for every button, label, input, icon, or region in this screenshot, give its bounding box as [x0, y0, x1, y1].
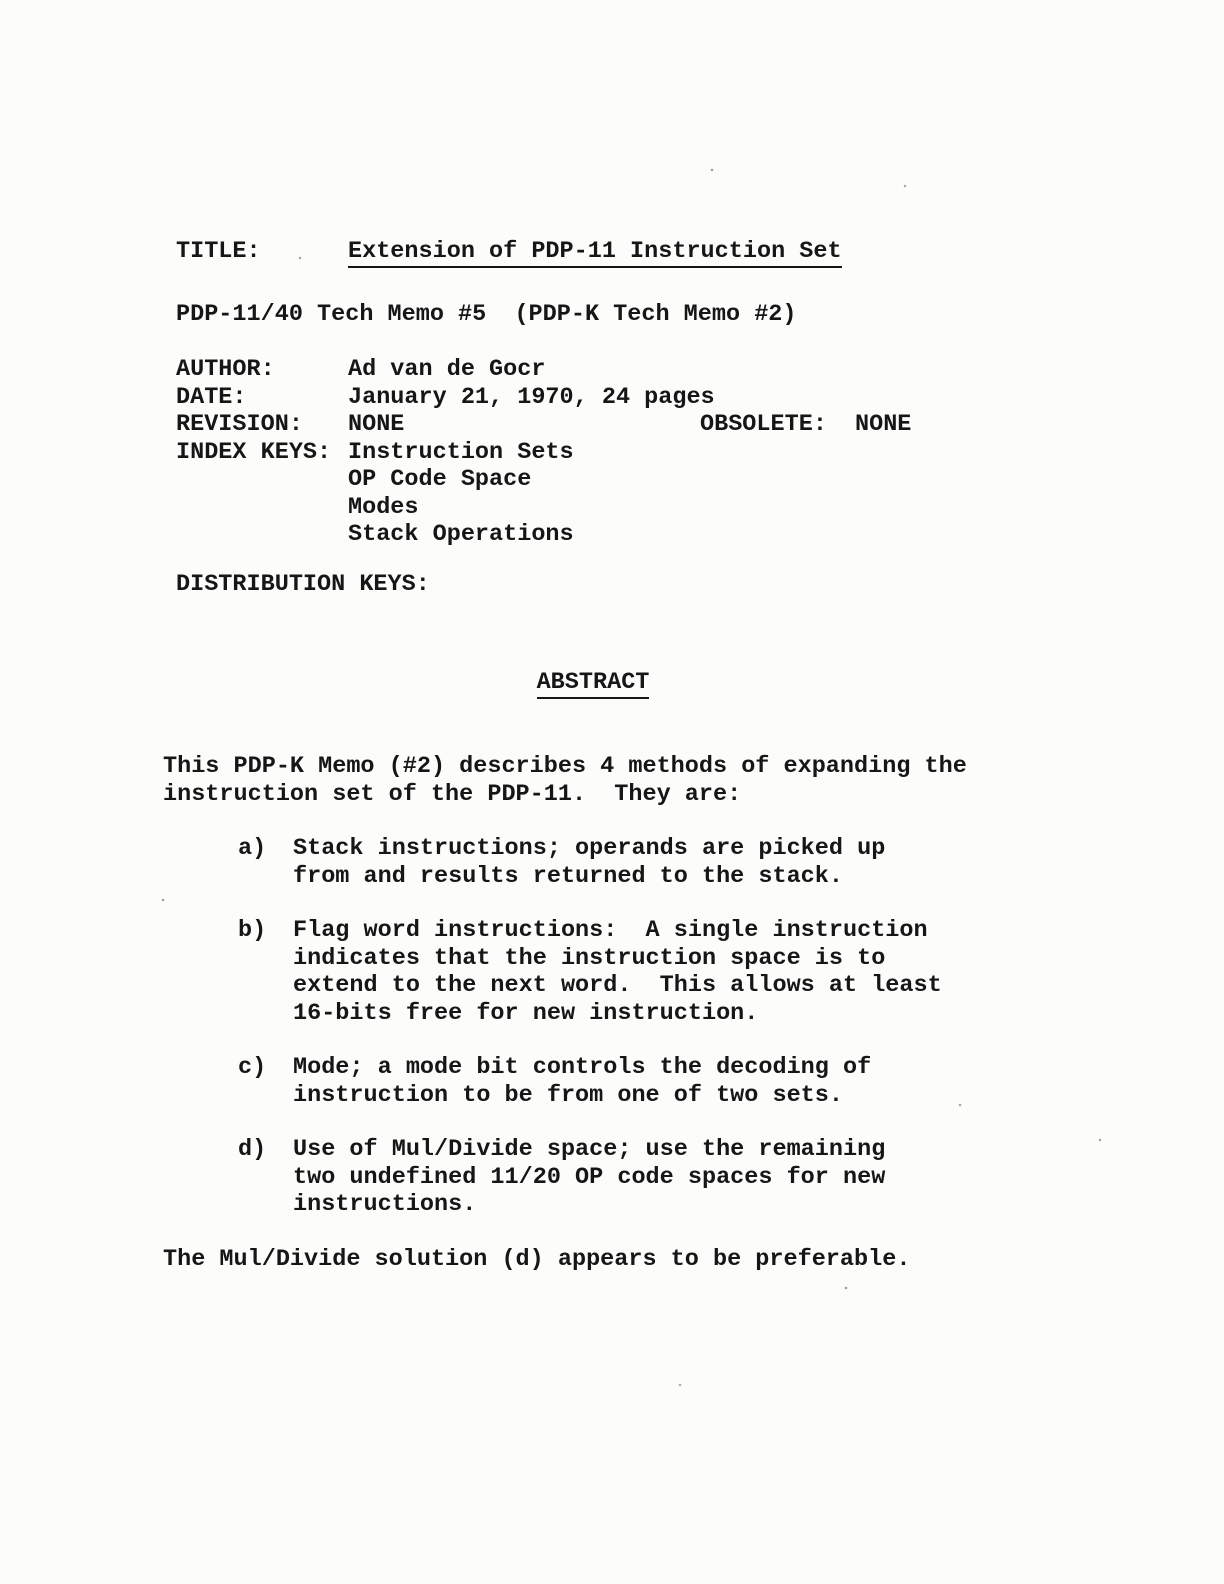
abstract-heading-wrap: ABSTRACT [163, 669, 1023, 697]
metadata-block: AUTHOR: Ad van de Gocr DATE: January 21,… [176, 356, 1076, 549]
item-marker: d) [238, 1136, 293, 1219]
author-value: Ad van de Gocr [348, 356, 1076, 384]
title-label: TITLE: [176, 238, 348, 266]
abstract-intro: This PDP-K Memo (#2) describes 4 methods… [163, 753, 1035, 808]
abstract-body: This PDP-K Memo (#2) describes 4 methods… [163, 753, 1035, 1273]
date-label: DATE: [176, 384, 348, 412]
abstract-list-item-d: d) Use of Mul/Divide space; use the rema… [163, 1136, 1035, 1219]
author-label: AUTHOR: [176, 356, 348, 384]
author-row: AUTHOR: Ad van de Gocr [176, 356, 1076, 384]
item-marker: a) [238, 835, 293, 890]
memo-number-line: PDP-11/40 Tech Memo #5 (PDP-K Tech Memo … [176, 301, 797, 329]
obsolete-value: NONE [855, 411, 911, 438]
item-text: Use of Mul/Divide space; use the remaini… [293, 1136, 1035, 1219]
title-row: TITLE:Extension of PDP-11 Instruction Se… [176, 238, 842, 266]
document-title: Extension of PDP-11 Instruction Set [348, 238, 842, 268]
index-keys-row: INDEX KEYS: Instruction Sets OP Code Spa… [176, 439, 1076, 549]
closing-line: The Mul/Divide solution (d) appears to b… [163, 1246, 1035, 1274]
revision-row: REVISION: NONE OBSOLETE:NONE [176, 411, 1076, 439]
abstract-heading: ABSTRACT [537, 669, 650, 699]
obsolete-pair: OBSOLETE:NONE [700, 411, 911, 439]
item-text: Flag word instructions: A single instruc… [293, 917, 1035, 1027]
item-marker: b) [238, 917, 293, 1027]
index-keys-label: INDEX KEYS: [176, 439, 348, 549]
date-row: DATE: January 21, 1970, 24 pages [176, 384, 1076, 412]
index-key-item: OP Code Space [348, 466, 1076, 494]
index-key-item: Stack Operations [348, 521, 1076, 549]
index-key-item: Instruction Sets [348, 439, 1076, 467]
index-keys-values: Instruction Sets OP Code Space Modes Sta… [348, 439, 1076, 549]
revision-label: REVISION: [176, 411, 348, 439]
item-text: Stack instructions; operands are picked … [293, 835, 1035, 890]
index-key-item: Modes [348, 494, 1076, 522]
abstract-list-item-b: b) Flag word instructions: A single inst… [163, 917, 1035, 1027]
item-marker: c) [238, 1054, 293, 1109]
date-value: January 21, 1970, 24 pages [348, 384, 1076, 412]
abstract-list-item-c: c) Mode; a mode bit controls the decodin… [163, 1054, 1035, 1109]
item-text: Mode; a mode bit controls the decoding o… [293, 1054, 1035, 1109]
memo-page: TITLE:Extension of PDP-11 Instruction Se… [0, 0, 1224, 1584]
abstract-list-item-a: a) Stack instructions; operands are pick… [163, 835, 1035, 890]
obsolete-label: OBSOLETE: [700, 411, 855, 439]
distribution-keys-label: DISTRIBUTION KEYS: [176, 571, 430, 599]
